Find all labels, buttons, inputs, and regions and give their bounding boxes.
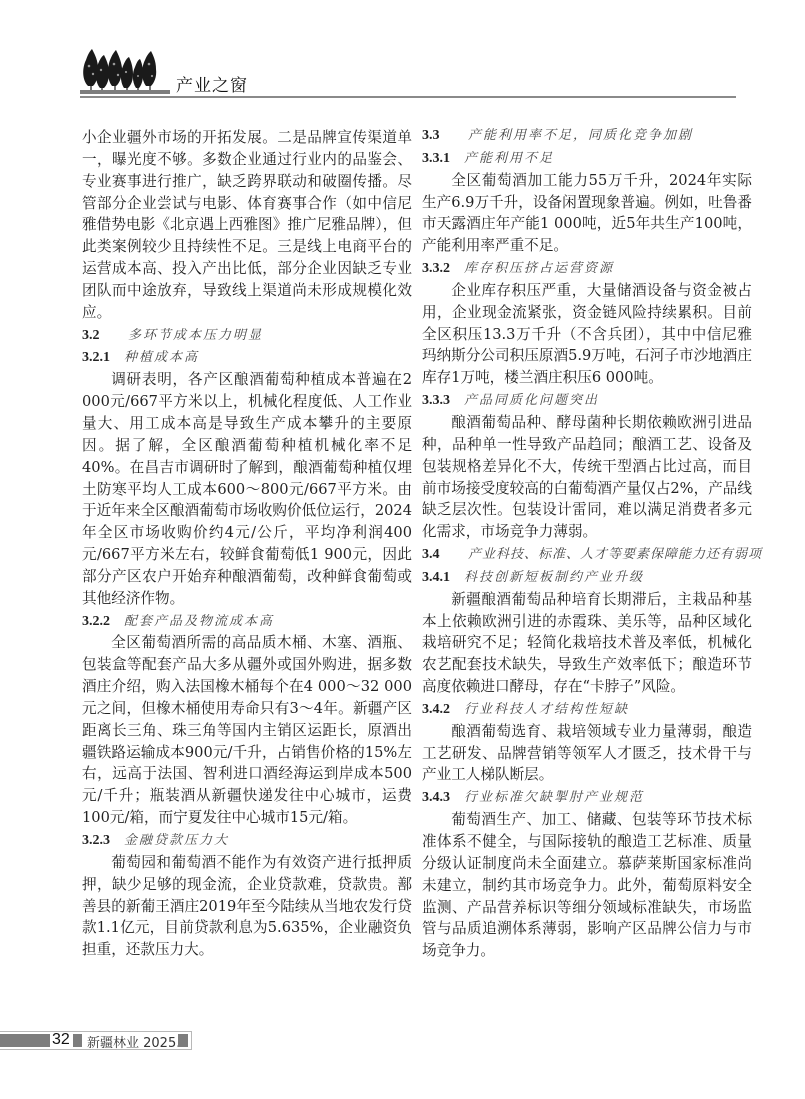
heading-number: 3.4.1 bbox=[422, 567, 464, 589]
heading-3-4: 3.4产业科技、标准、人才等要素保障能力还有弱项 bbox=[422, 543, 752, 566]
heading-3-3-1: 3.3.1产能利用不足 bbox=[422, 147, 752, 170]
right-column: 3.3产能利用率不足，同质化竞争加剧 3.3.1产能利用不足 全区葡萄酒加工能力… bbox=[422, 124, 752, 962]
heading-number: 3.3.1 bbox=[422, 148, 464, 170]
paragraph-3-3-3: 酿酒葡萄品种、酵母菌种长期依赖欧洲引进品种，品种单一性导致产品趋同；酿酒工艺、设… bbox=[422, 412, 752, 543]
heading-title: 产业科技、标准、人才等要素保障能力还有弱项 bbox=[468, 547, 762, 562]
heading-number: 3.2.3 bbox=[82, 830, 124, 852]
heading-title: 库存积压挤占运营资源 bbox=[464, 261, 614, 276]
journal-name: 新疆林业 2025.3 bbox=[87, 1032, 189, 1051]
paragraph-3-3-2: 企业库存积压严重，大量储酒设备与资金被占用，企业现金流紧张，资金链风险持续累积。… bbox=[422, 280, 752, 389]
heading-3-3-2: 3.3.2库存积压挤占运营资源 bbox=[422, 257, 752, 280]
heading-number: 3.4.2 bbox=[422, 699, 464, 721]
header-divider bbox=[80, 96, 736, 98]
heading-title: 行业标准欠缺掣肘产业规范 bbox=[464, 790, 644, 805]
paragraph-3-2-1: 调研表明，各产区酿酒葡萄种植成本普遍在2 000元/667平方米以上，机械化程度… bbox=[82, 369, 412, 609]
paragraph-3-4-2: 酿酒葡萄选育、栽培领域专业力量薄弱，酿造工艺研发、品牌营销等领军人才匮乏，技术骨… bbox=[422, 721, 752, 787]
left-column: 小企业疆外市场的开拓发展。二是品牌宣传渠道单一，曝光度不够。多数企业通过行业内的… bbox=[82, 127, 412, 961]
heading-3-3: 3.3产能利用率不足，同质化竞争加剧 bbox=[422, 124, 752, 147]
tree-row-icon bbox=[80, 46, 170, 94]
heading-title: 多环节成本压力明显 bbox=[128, 328, 263, 343]
heading-number: 3.2.1 bbox=[82, 347, 124, 369]
heading-3-4-3: 3.4.3行业标准欠缺掣肘产业规范 bbox=[422, 786, 752, 809]
heading-number: 3.4 bbox=[422, 544, 468, 566]
heading-title: 产能利用不足 bbox=[464, 151, 554, 166]
page-footer: 32 新疆林业 2025.3 bbox=[0, 1031, 192, 1050]
page-number: 32 bbox=[52, 1031, 70, 1049]
heading-number: 3.4.3 bbox=[422, 787, 464, 809]
heading-title: 金融贷款压力大 bbox=[124, 833, 229, 848]
heading-number: 3.2 bbox=[82, 325, 128, 347]
paragraph-3-3-1: 全区葡萄酒加工能力55万千升，2024年实际生产6.9万千升，设备闲置现象普遍。… bbox=[422, 170, 752, 257]
paragraph-intro: 小企业疆外市场的开拓发展。二是品牌宣传渠道单一，曝光度不够。多数企业通过行业内的… bbox=[82, 127, 412, 324]
heading-title: 科技创新短板制约产业升级 bbox=[464, 570, 644, 585]
heading-title: 产能利用率不足，同质化竞争加剧 bbox=[468, 128, 693, 143]
page-header: 产业之窗 bbox=[80, 46, 736, 98]
heading-number: 3.2.2 bbox=[82, 611, 124, 633]
heading-title: 产品同质化问题突出 bbox=[464, 393, 599, 408]
heading-title: 行业科技人才结构性短缺 bbox=[464, 702, 629, 717]
section-title: 产业之窗 bbox=[176, 76, 248, 96]
heading-3-2-2: 3.2.2配套产品及物流成本高 bbox=[82, 610, 412, 633]
paragraph-3-2-3: 葡萄园和葡萄酒不能作为有效资产进行抵押质押，缺少足够的现金流，企业贷款难，贷款贵… bbox=[82, 852, 412, 961]
paragraph-3-2-2: 全区葡萄酒所需的高品质木桶、木塞、酒瓶、包装盒等配套产品大多从疆外或国外购进，据… bbox=[82, 632, 412, 829]
footer-bar bbox=[0, 1034, 50, 1047]
footer-square-icon bbox=[178, 1034, 188, 1047]
paragraph-3-4-3: 葡萄酒生产、加工、储藏、包装等环节技术标准体系不健全，与国际接轨的酿造工艺标准、… bbox=[422, 809, 752, 962]
heading-3-4-2: 3.4.2行业科技人才结构性短缺 bbox=[422, 698, 752, 721]
heading-3-2-1: 3.2.1种植成本高 bbox=[82, 346, 412, 369]
heading-3-2: 3.2多环节成本压力明显 bbox=[82, 324, 412, 347]
heading-3-2-3: 3.2.3金融贷款压力大 bbox=[82, 829, 412, 852]
paragraph-3-4-1: 新疆酿酒葡萄品种培育长期滞后，主栽品种基本上依赖欧洲引进的赤霞珠、美乐等，品种区… bbox=[422, 589, 752, 698]
footer-square-icon bbox=[73, 1034, 82, 1047]
heading-3-3-3: 3.3.3产品同质化问题突出 bbox=[422, 389, 752, 412]
heading-3-4-1: 3.4.1科技创新短板制约产业升级 bbox=[422, 566, 752, 589]
heading-number: 3.3.3 bbox=[422, 390, 464, 412]
heading-title: 种植成本高 bbox=[124, 350, 199, 365]
heading-number: 3.3 bbox=[422, 125, 468, 147]
heading-title: 配套产品及物流成本高 bbox=[124, 614, 274, 629]
heading-number: 3.3.2 bbox=[422, 258, 464, 280]
